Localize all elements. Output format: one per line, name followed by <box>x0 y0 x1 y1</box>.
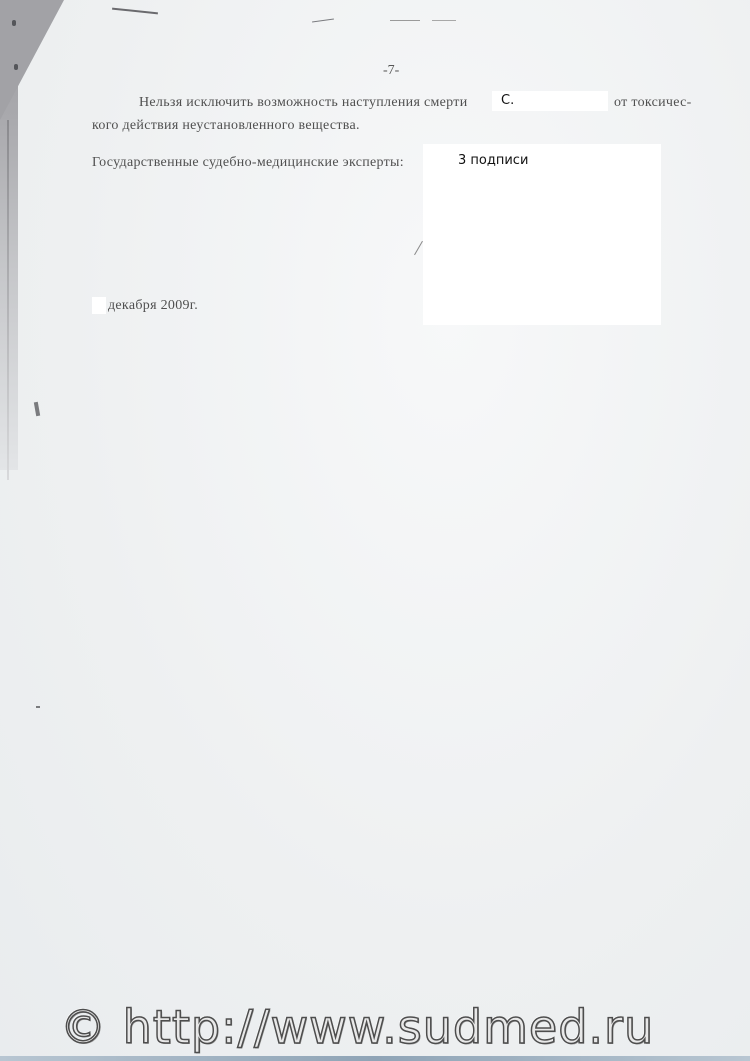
scanned-document-page: -7- Нельзя исключить возможность наступл… <box>0 0 750 1061</box>
signature-trace-mark <box>414 241 423 255</box>
scan-speck <box>34 402 40 416</box>
punch-hole-mark <box>12 20 16 26</box>
scan-stroke-mark <box>390 20 420 21</box>
copyright-watermark: © http://www.sudmed.ru <box>60 1000 654 1054</box>
paragraph-line-1-start: Нельзя исключить возможность наступления… <box>139 95 468 111</box>
scan-stroke-mark <box>312 18 334 22</box>
scan-edge-line <box>7 120 9 480</box>
page-number: -7- <box>383 63 399 79</box>
scan-stroke-mark <box>112 8 158 15</box>
document-date: декабря 2009г. <box>108 298 198 314</box>
bottom-edge-band <box>0 1056 750 1061</box>
scan-stroke-mark <box>432 20 456 21</box>
experts-label: Государственные судебно-медицинские эксп… <box>92 155 404 171</box>
signatures-placeholder: 3 подписи <box>458 153 528 168</box>
scan-speck <box>36 706 40 708</box>
redacted-name-box: С. <box>492 91 608 111</box>
redacted-day-box <box>92 297 106 314</box>
signatures-redaction-box: 3 подписи <box>423 144 661 325</box>
punch-hole-mark <box>14 64 18 70</box>
redacted-name-initial: С. <box>501 93 514 108</box>
paragraph-line-1-end: от токсичес- <box>614 95 692 111</box>
paragraph-line-2: кого действия неустановленного вещества. <box>92 118 360 134</box>
scan-page-fold <box>0 0 64 120</box>
